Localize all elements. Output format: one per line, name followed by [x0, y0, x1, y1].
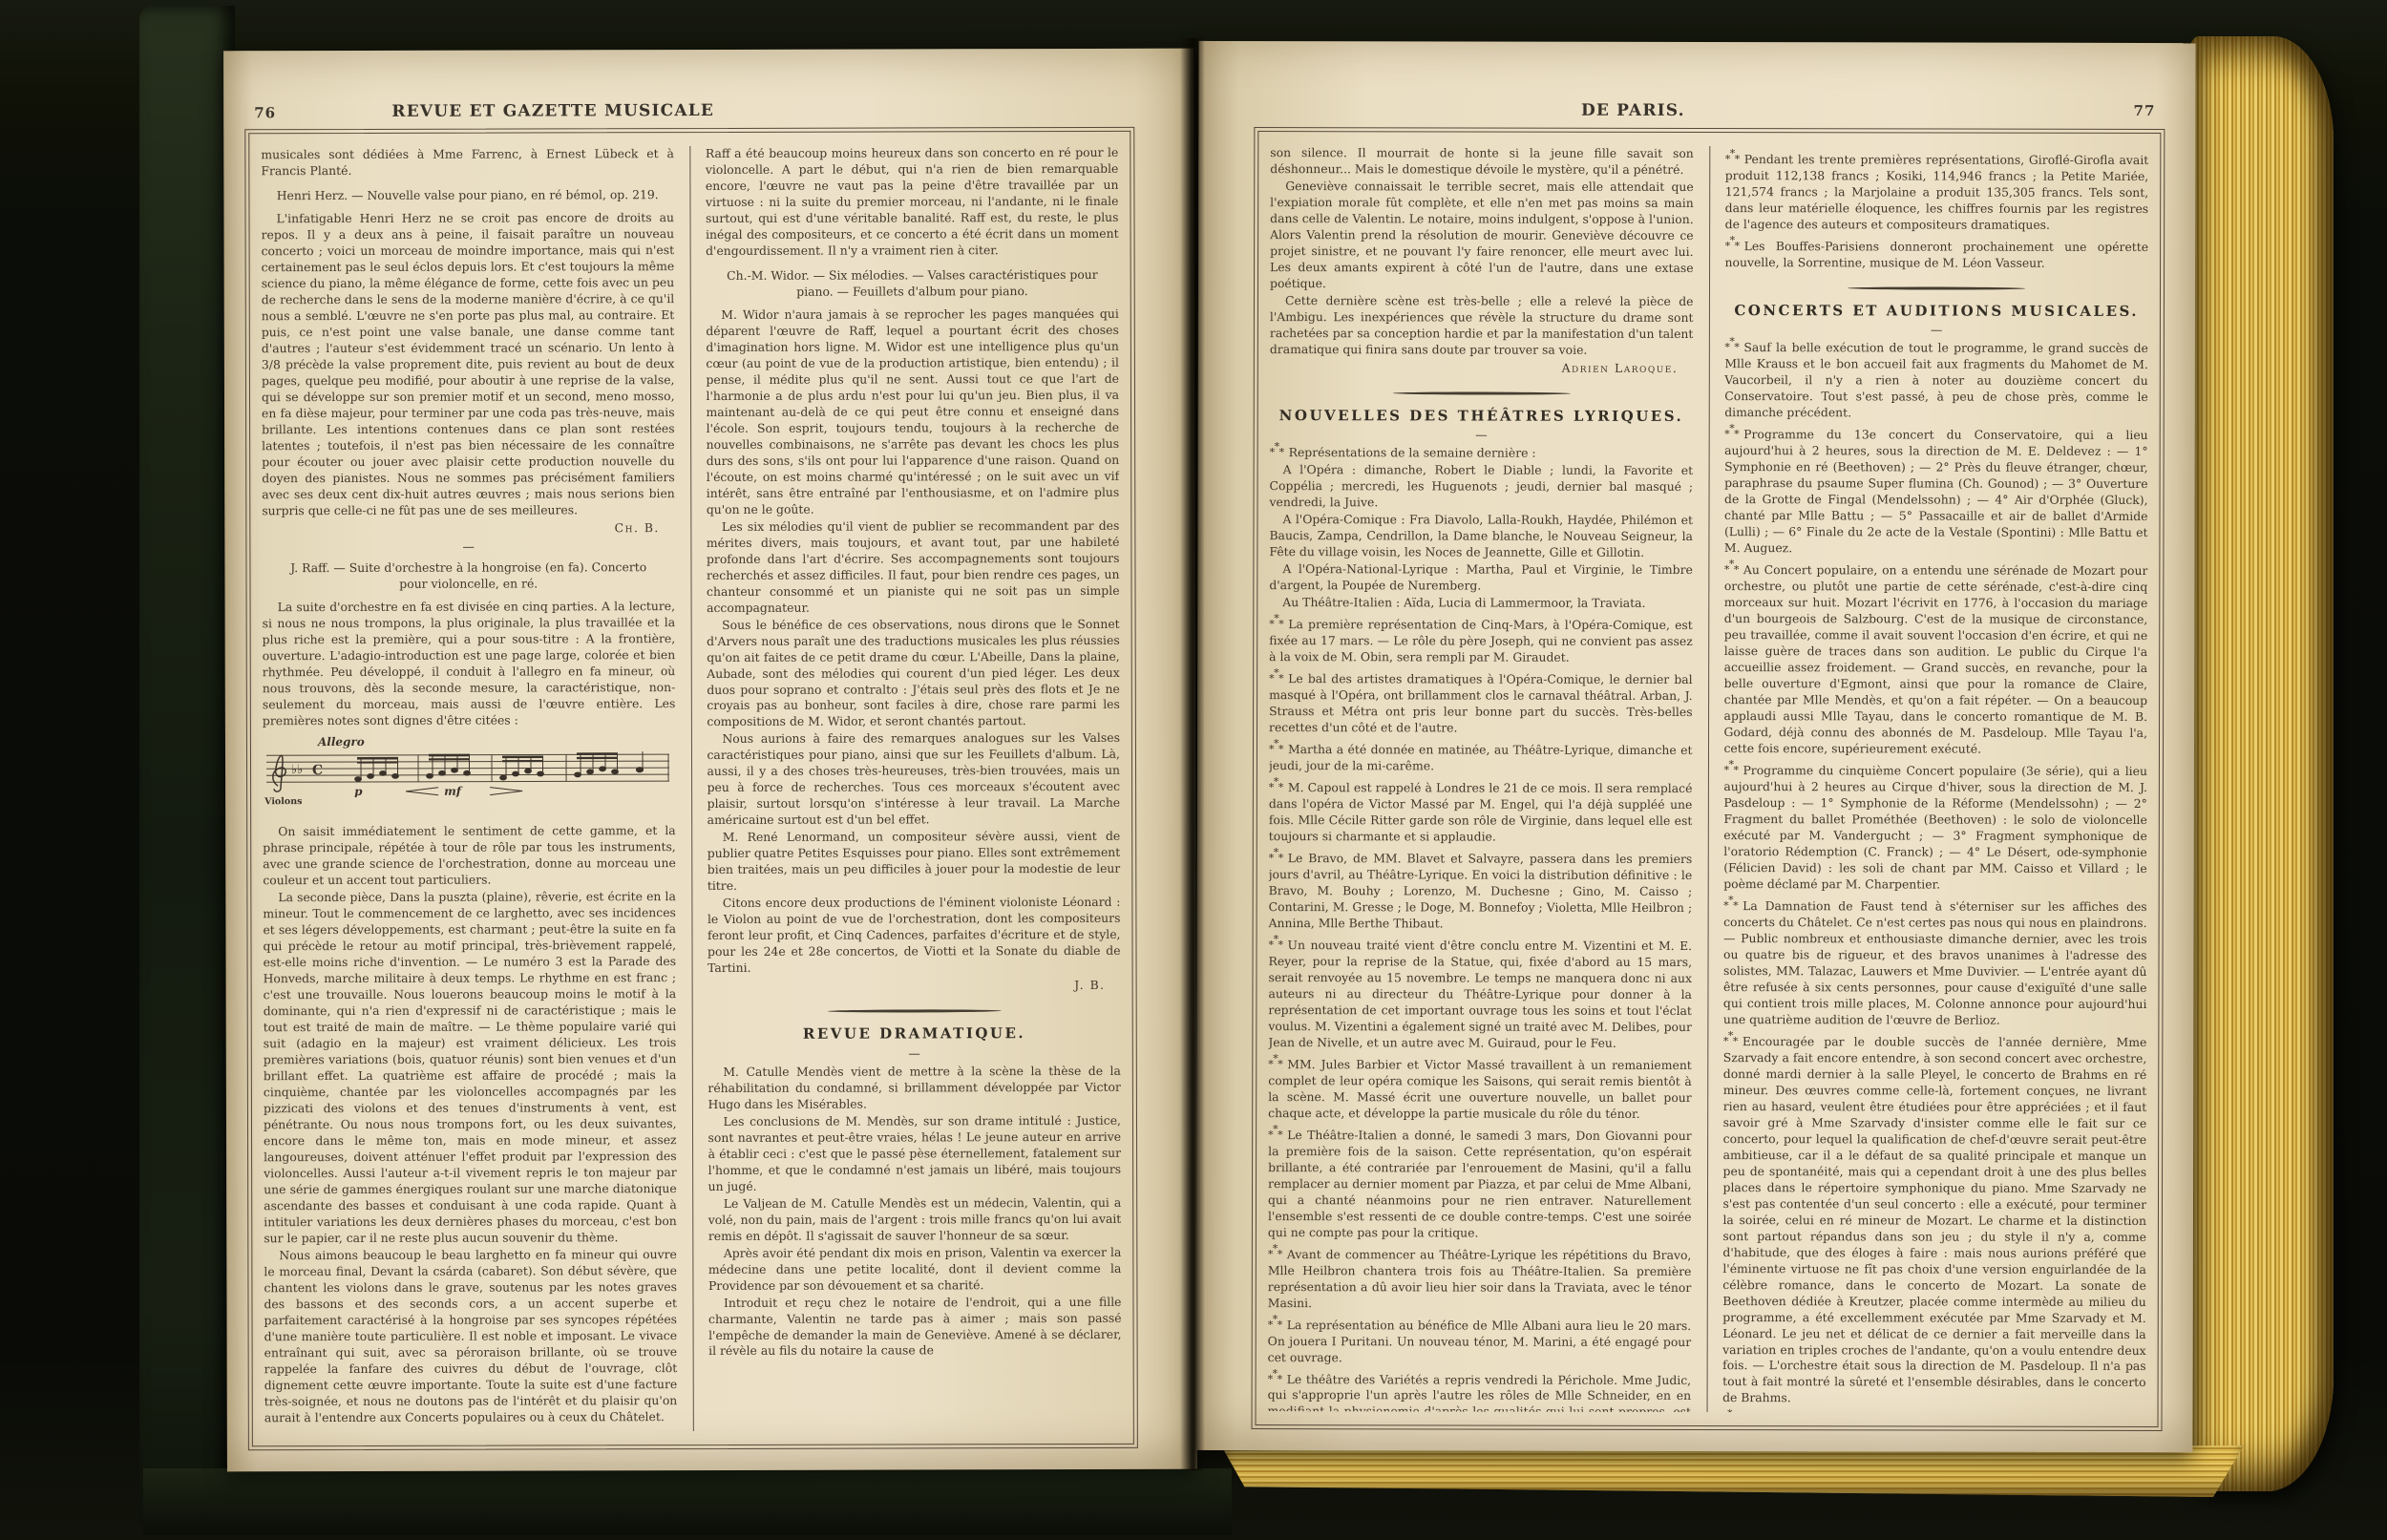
asterism-icon: ***: [1724, 343, 1741, 354]
column-left-1: musicales sont dédiées à Mme Farrenc, à …: [261, 146, 677, 1432]
block-item: ***Les Bouffes-Parisiens donneront proch…: [1725, 239, 2149, 272]
block-item: ***La Damnation de Faust tend à s'éterni…: [1723, 898, 2147, 1029]
asterism-icon: ***: [1268, 1374, 1284, 1385]
instrument-label: Violons: [264, 796, 302, 809]
block-item: ***Le théâtre des Variétés a repris vend…: [1268, 1372, 1692, 1412]
block-head: Ch.-M. Widor. — Six mélodies. — Valses c…: [719, 267, 1106, 301]
treble-clef-icon: [273, 756, 286, 792]
page-number-right: 77: [2134, 102, 2156, 119]
asterism-icon: ***: [1268, 1129, 1284, 1141]
page-frame-left: musicales sont dédiées à Mme Farrenc, à …: [244, 127, 1138, 1450]
block-item: ***Le Théâtre-Italien a donné, le samedi…: [1268, 1128, 1692, 1242]
block-rep: A l'Opéra-National-Lyrique : Martha, Pau…: [1269, 561, 1693, 595]
block-sig: Ch. B.: [262, 520, 675, 538]
block-para: Sous le bénéfice de ces observations, no…: [707, 616, 1120, 730]
block-dash: —: [262, 541, 675, 552]
page-frame-right: son silence. Il mourrait de honte si la …: [1252, 127, 2165, 1431]
asterism-icon: ***: [1724, 429, 1741, 440]
asterism-icon: ***: [1268, 1319, 1284, 1331]
block-para: Geneviève connaissait le terrible secret…: [1270, 179, 1694, 293]
column-right-1: son silence. Il mourrait de honte si la …: [1268, 145, 1694, 1412]
block-para: La suite d'orchestre en fa est divisée e…: [263, 599, 676, 729]
block-para: Après avoir été pendant dix mois en pris…: [708, 1244, 1122, 1294]
block-sig: J. B.: [708, 978, 1121, 995]
svg-text:♭♭: ♭♭: [291, 764, 303, 778]
running-title-left: REVUE ET GAZETTE MUSICALE: [243, 101, 863, 122]
block-head: J. Raff. — Suite d'orchestre à la hongro…: [275, 559, 662, 593]
block-sig: Adrien Laroque.: [1270, 360, 1694, 377]
block-para: Les six mélodies qu'il vient de publier …: [707, 518, 1120, 617]
block-section: REVUE DRAMATIQUE.: [708, 1023, 1121, 1044]
columns-right: son silence. Il mourrait de honte si la …: [1257, 132, 2161, 1426]
block-cont: Raff a été beaucoup moins heureux dans s…: [706, 145, 1119, 260]
block-item: ***La première représentation de Cinq-Ma…: [1269, 617, 1693, 666]
block-para: Nous aurions à faire des remarques analo…: [707, 730, 1120, 829]
block-para: Le Valjean de M. Catulle Mendès est un m…: [708, 1195, 1122, 1245]
music-staff: ♭♭ C p mf: [263, 748, 673, 798]
block-para: M. Catulle Mendès vient de mettre à la s…: [708, 1064, 1121, 1113]
asterism-icon: ***: [1725, 241, 1742, 252]
svg-text:C: C: [312, 764, 323, 779]
block-item: ***Avant de commencer au Théâtre-Lyrique…: [1268, 1247, 1692, 1313]
block-para: Nous aimons beaucoup le beau larghetto e…: [264, 1247, 677, 1426]
block-para: La seconde pièce, Dans la puszta (plaine…: [263, 890, 676, 1248]
block-item: ***M. Capoul est rappelé à Londres le 21…: [1269, 780, 1693, 846]
book-scan-stage: 76 REVUE ET GAZETTE MUSICALE musicales s…: [0, 0, 2387, 1540]
block-para: M. Widor n'aura jamais à se reprocher le…: [706, 306, 1119, 518]
block-para: L'infatigable Henri Herz ne se croit pas…: [261, 210, 674, 519]
block-para: Introduit et reçu chez le notaire de l'e…: [708, 1294, 1122, 1360]
svg-text:p: p: [354, 785, 363, 797]
asterism-icon: ***: [1723, 1036, 1740, 1047]
block-item: ***Représentations de la semaine dernièr…: [1270, 445, 1694, 462]
block-rule: [1848, 286, 2025, 289]
asterism-icon: ***: [1723, 765, 1740, 776]
asterism-icon: ***: [1268, 1059, 1284, 1070]
book-gutter-shadow: [1180, 38, 1205, 1470]
columns-left: musicales sont dédiées à Mme Farrenc, à …: [249, 132, 1133, 1445]
page-left: 76 REVUE ET GAZETTE MUSICALE musicales s…: [223, 49, 1197, 1472]
block-section: CONCERTS ET AUDITIONS MUSICALES.: [1724, 301, 2148, 321]
asterism-icon: ***: [1268, 1249, 1284, 1260]
asterism-icon: ***: [1724, 564, 1741, 576]
block-para: M. René Lenormand, un compositeur sévère…: [708, 829, 1121, 895]
running-title-right: DE PARIS.: [1256, 100, 2010, 121]
block-item: ***Au Concert populaire, on a entendu un…: [1723, 562, 2147, 758]
block-item: ***Programme du 13e concert du Conservat…: [1724, 427, 2148, 558]
block-cont: son silence. Il mourrait de honte si la …: [1270, 145, 1694, 179]
column-left-2: Raff a été beaucoup moins heureux dans s…: [689, 145, 1122, 1431]
block-item: ***Programme du cinquième Concert popula…: [1723, 763, 2147, 894]
block-rep: A l'Opéra : dimanche, Robert le Diable ;…: [1270, 462, 1694, 512]
block-dash: —: [1270, 430, 1694, 440]
page-right: DE PARIS. 77 son silence. Il mourrait de…: [1195, 41, 2195, 1452]
block-para: On saisit immédiatement le sentiment de …: [263, 824, 676, 890]
block-rep: A l'Opéra-Comique : Fra Diavolo, Lalla-R…: [1269, 512, 1693, 561]
book-fore-edge-pages: [2190, 36, 2334, 1491]
block-item: ***Un nouveau traité vient d'être conclu…: [1268, 938, 1692, 1052]
svg-text:mf: mf: [444, 785, 463, 798]
block-item: ***Martha a été donnée en matinée, au Th…: [1269, 742, 1693, 775]
column-right-2: ***Pendant les trente premières représen…: [1706, 146, 2148, 1413]
asterism-icon: ***: [1723, 900, 1740, 912]
book-cover-left-board: [139, 6, 235, 1533]
block-item: ***Encouragée par le double succès de l'…: [1722, 1034, 2146, 1408]
asterism-icon: ***: [1269, 853, 1285, 864]
block-rep: Au Théâtre-Italien : Aïda, Lucia di Lamm…: [1269, 595, 1693, 612]
block-item: ***Pendant les trente premières représen…: [1725, 152, 2149, 234]
asterism-icon: ***: [1269, 939, 1285, 951]
block-item: ***MM. Jules Barbier et Victor Massé tra…: [1268, 1057, 1692, 1123]
block-item: ***Le Bravo, de MM. Blavet et Salvayre, …: [1269, 851, 1693, 933]
book-cover-bottom-board: [143, 1468, 1232, 1535]
block-para: Citons encore deux productions de l'émin…: [708, 895, 1121, 977]
block-dash: —: [708, 1048, 1121, 1059]
block-para: Les conclusions de M. Mendès, sur son dr…: [708, 1113, 1121, 1195]
block-dash: —: [1724, 326, 2148, 336]
asterism-icon: ***: [1269, 744, 1285, 755]
book-bottom-page-edges: [1224, 1445, 2244, 1497]
block-item: ***Sauf la belle exécution de tout le pr…: [1724, 341, 2148, 423]
block-section: NOUVELLES DES THÉÂTRES LYRIQUES.: [1270, 406, 1694, 426]
asterism-icon: ***: [1269, 673, 1285, 685]
block-rule: [1392, 391, 1570, 394]
music-example: Allegro ♭♭ C: [263, 734, 676, 819]
block-rule: [828, 1009, 1002, 1012]
asterism-icon: ***: [1269, 782, 1285, 793]
asterism-icon: ***: [1270, 447, 1286, 458]
asterism-icon: ***: [1725, 154, 1742, 165]
block-head: Henri Herz. — Nouvelle valse pour piano,…: [274, 187, 661, 204]
block-para: Cette dernière scène est très-belle ; el…: [1270, 293, 1694, 359]
block-cont: musicales sont dédiées à Mme Farrenc, à …: [261, 146, 674, 179]
block-item: ***Le bal des artistes dramatiques à l'O…: [1269, 671, 1693, 737]
asterism-icon: ***: [1269, 619, 1285, 630]
block-item: ***La représentation au bénéfice de Mlle…: [1268, 1318, 1692, 1367]
